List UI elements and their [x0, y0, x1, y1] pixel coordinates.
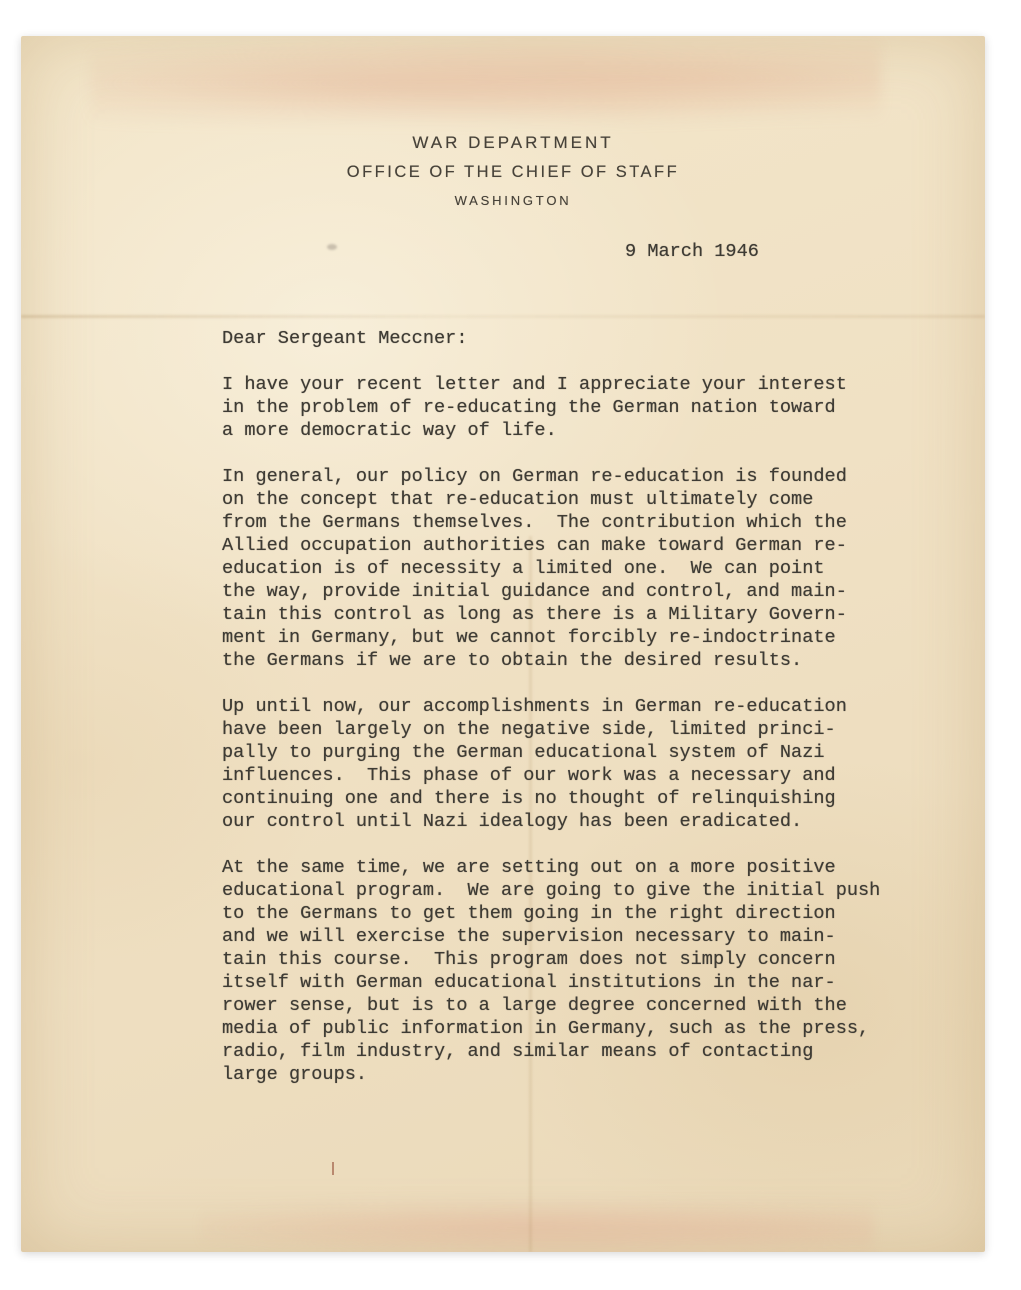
paragraph-1: I have your recent letter and I apprecia…	[222, 373, 942, 442]
letterhead-office: OFFICE OF THE CHIEF OF STAFF	[31, 163, 985, 182]
date-line: 9 March 1946	[625, 240, 759, 263]
paragraph-4: At the same time, we are setting out on …	[222, 856, 942, 1086]
ink-scratch-mark	[332, 1162, 334, 1175]
smudge-speck	[327, 244, 337, 250]
letterhead: WAR DEPARTMENT OFFICE OF THE CHIEF OF ST…	[31, 36, 985, 208]
letter-page: WAR DEPARTMENT OFFICE OF THE CHIEF OF ST…	[21, 36, 985, 1252]
scan-background: WAR DEPARTMENT OFFICE OF THE CHIEF OF ST…	[0, 0, 1021, 1290]
salutation: Dear Sergeant Meccner:	[222, 327, 942, 350]
horizontal-fold-crease	[21, 315, 985, 318]
letterhead-city: WASHINGTON	[31, 193, 985, 208]
paragraph-2: In general, our policy on German re-educ…	[222, 465, 942, 672]
letterhead-department: WAR DEPARTMENT	[31, 133, 985, 153]
letter-body: Dear Sergeant Meccner: I have your recen…	[222, 327, 942, 1109]
bottom-stain	[201, 1198, 873, 1252]
paragraph-3: Up until now, our accomplishments in Ger…	[222, 695, 942, 833]
